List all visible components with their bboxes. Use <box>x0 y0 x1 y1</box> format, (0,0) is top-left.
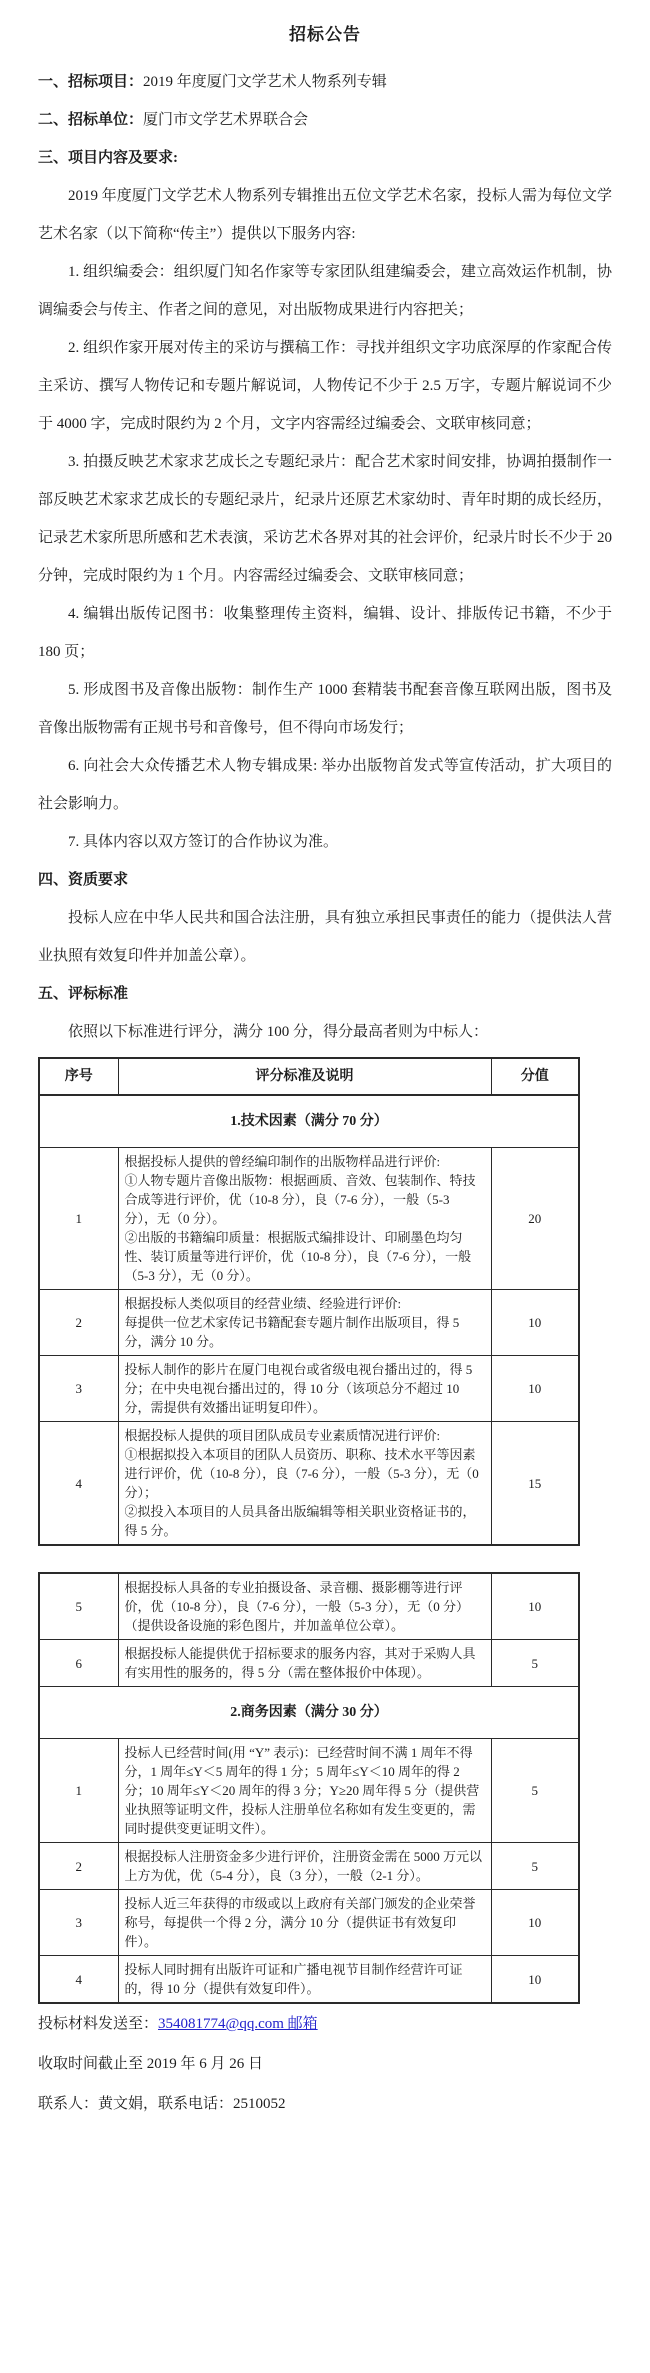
header-criteria: 评分标准及说明 <box>118 1058 491 1095</box>
table-row: 6 根据投标人能提供优于招标要求的服务内容，其对于采购人具有实用性的服务的，得 … <box>39 1640 579 1687</box>
row-criteria: 根据投标人注册资金多少进行评价，注册资金需在 5000 万元以上方为优，优（5-… <box>118 1843 491 1890</box>
contact-line: 联系人：黄文娟，联系电话：2510052 <box>38 2084 612 2124</box>
requirement-item-2: 2. 组织作家开展对传主的采访与撰稿工作：寻找并组织文字功底深厚的作家配合传主采… <box>38 329 612 443</box>
row-score: 5 <box>491 1640 579 1687</box>
section-1-value: 2019 年度厦门文学艺术人物系列专辑 <box>143 74 387 90</box>
row-no: 2 <box>39 1290 118 1356</box>
row-no: 4 <box>39 1422 118 1546</box>
section-5-heading: 五、评标标准 <box>38 975 612 1013</box>
biz-section-title: 2.商务因素（满分 30 分） <box>39 1687 579 1739</box>
section-5-text: 依照以下标准进行评分，满分 100 分，得分最高者则为中标人： <box>38 1013 612 1051</box>
row-score: 5 <box>491 1739 579 1843</box>
row-score: 20 <box>491 1148 579 1290</box>
scoring-table-header-row: 序号 评分标准及说明 分值 <box>39 1058 579 1095</box>
table-row: 3 投标人制作的影片在厦门电视台或省级电视台播出过的，得 5 分；在中央电视台播… <box>39 1356 579 1422</box>
table-row: 4 投标人同时拥有出版许可证和广播电视节目制作经营许可证的，得 10 分（提供有… <box>39 1956 579 2004</box>
scoring-table-part-1: 序号 评分标准及说明 分值 1.技术因素（满分 70 分） 1 根据投标人提供的… <box>38 1057 580 1546</box>
email-link[interactable]: 354081774@qq.com 邮箱 <box>158 2016 318 2032</box>
table-row: 2 根据投标人注册资金多少进行评价，注册资金需在 5000 万元以上方为优，优（… <box>39 1843 579 1890</box>
row-criteria: 根据投标人提供的项目团队成员专业素质情况进行评价: ①根据拟投入本项目的团队人员… <box>118 1422 491 1546</box>
header-score: 分值 <box>491 1058 579 1095</box>
row-score: 10 <box>491 1290 579 1356</box>
row-no: 1 <box>39 1148 118 1290</box>
section-3-intro: 2019 年度厦门文学艺术人物系列专辑推出五位文学艺术名家，投标人需为每位文学艺… <box>38 177 612 253</box>
table-row: 1 根据投标人提供的曾经编印制作的出版物样品进行评价: ①人物专题片音像出版物：… <box>39 1148 579 1290</box>
row-no: 6 <box>39 1640 118 1687</box>
table-row: 4 根据投标人提供的项目团队成员专业素质情况进行评价: ①根据拟投入本项目的团队… <box>39 1422 579 1546</box>
row-no: 5 <box>39 1573 118 1640</box>
row-criteria: 投标人制作的影片在厦门电视台或省级电视台播出过的，得 5 分；在中央电视台播出过… <box>118 1356 491 1422</box>
row-score: 10 <box>491 1890 579 1956</box>
deadline-line: 收取时间截止至 2019 年 6 月 26 日 <box>38 2044 612 2084</box>
section-3-heading: 三、项目内容及要求: <box>38 139 612 177</box>
table-row: 1 投标人已经营时间(用 “Y” 表示)：已经营时间不满 1 周年不得分，1 周… <box>39 1739 579 1843</box>
tech-section-title: 1.技术因素（满分 70 分） <box>39 1095 579 1148</box>
row-score: 10 <box>491 1956 579 2004</box>
row-no: 3 <box>39 1356 118 1422</box>
row-criteria: 投标人已经营时间(用 “Y” 表示)：已经营时间不满 1 周年不得分，1 周年≤… <box>118 1739 491 1843</box>
requirement-item-5: 5. 形成图书及音像出版物：制作生产 1000 套精装书配套音像互联网出版，图书… <box>38 671 612 747</box>
requirement-item-6: 6. 向社会大众传播艺术人物专辑成果: 举办出版物首发式等宣传活动，扩大项目的社… <box>38 747 612 823</box>
row-no: 2 <box>39 1843 118 1890</box>
section-4-heading: 四、资质要求 <box>38 861 612 899</box>
requirement-item-1: 1. 组织编委会：组织厦门知名作家等专家团队组建编委会，建立高效运作机制，协调编… <box>38 253 612 329</box>
row-no: 1 <box>39 1739 118 1843</box>
section-1-label: 一、招标项目： <box>38 74 143 90</box>
row-criteria: 投标人近三年获得的市级或以上政府有关部门颁发的企业荣誉称号，每提供一个得 2 分… <box>118 1890 491 1956</box>
row-score: 10 <box>491 1356 579 1422</box>
row-criteria: 投标人同时拥有出版许可证和广播电视节目制作经营许可证的，得 10 分（提供有效复… <box>118 1956 491 2004</box>
section-1-heading: 一、招标项目：2019 年度厦门文学艺术人物系列专辑 <box>38 63 612 101</box>
header-no: 序号 <box>39 1058 118 1095</box>
scoring-table-part-2: 5 根据投标人具备的专业拍摄设备、录音棚、摄影棚等进行评价，优（10-8 分），… <box>38 1572 580 2004</box>
biz-section-row: 2.商务因素（满分 30 分） <box>39 1687 579 1739</box>
row-no: 3 <box>39 1890 118 1956</box>
page-title: 招标公告 <box>38 20 612 45</box>
send-materials-line: 投标材料发送至：354081774@qq.com 邮箱 <box>38 2004 612 2044</box>
tech-section-row: 1.技术因素（满分 70 分） <box>39 1095 579 1148</box>
send-materials-label: 投标材料发送至： <box>38 2016 158 2032</box>
row-criteria: 根据投标人具备的专业拍摄设备、录音棚、摄影棚等进行评价，优（10-8 分），良（… <box>118 1573 491 1640</box>
section-2-heading: 二、招标单位：厦门市文学艺术界联合会 <box>38 101 612 139</box>
requirement-item-4: 4. 编辑出版传记图书：收集整理传主资料，编辑、设计、排版传记书籍，不少于 18… <box>38 595 612 671</box>
table-row: 5 根据投标人具备的专业拍摄设备、录音棚、摄影棚等进行评价，优（10-8 分），… <box>39 1573 579 1640</box>
document-page: 招标公告 一、招标项目：2019 年度厦门文学艺术人物系列专辑 二、招标单位：厦… <box>0 0 650 2373</box>
row-criteria: 根据投标人能提供优于招标要求的服务内容，其对于采购人具有实用性的服务的，得 5 … <box>118 1640 491 1687</box>
section-2-value: 厦门市文学艺术界联合会 <box>143 112 308 128</box>
section-2-label: 二、招标单位： <box>38 112 143 128</box>
row-score: 10 <box>491 1573 579 1640</box>
row-no: 4 <box>39 1956 118 2004</box>
row-criteria: 根据投标人类似项目的经营业绩、经验进行评价: 每提供一位艺术家传记书籍配套专题片… <box>118 1290 491 1356</box>
row-score: 5 <box>491 1843 579 1890</box>
table-row: 2 根据投标人类似项目的经营业绩、经验进行评价: 每提供一位艺术家传记书籍配套专… <box>39 1290 579 1356</box>
requirement-item-7: 7. 具体内容以双方签订的合作协议为准。 <box>38 823 612 861</box>
row-criteria: 根据投标人提供的曾经编印制作的出版物样品进行评价: ①人物专题片音像出版物：根据… <box>118 1148 491 1290</box>
row-score: 15 <box>491 1422 579 1546</box>
table-row: 3 投标人近三年获得的市级或以上政府有关部门颁发的企业荣誉称号，每提供一个得 2… <box>39 1890 579 1956</box>
requirement-item-3: 3. 拍摄反映艺术家求艺成长之专题纪录片：配合艺术家时间安排，协调拍摄制作一部反… <box>38 443 612 595</box>
section-4-text: 投标人应在中华人民共和国合法注册，具有独立承担民事责任的能力（提供法人营业执照有… <box>38 899 612 975</box>
